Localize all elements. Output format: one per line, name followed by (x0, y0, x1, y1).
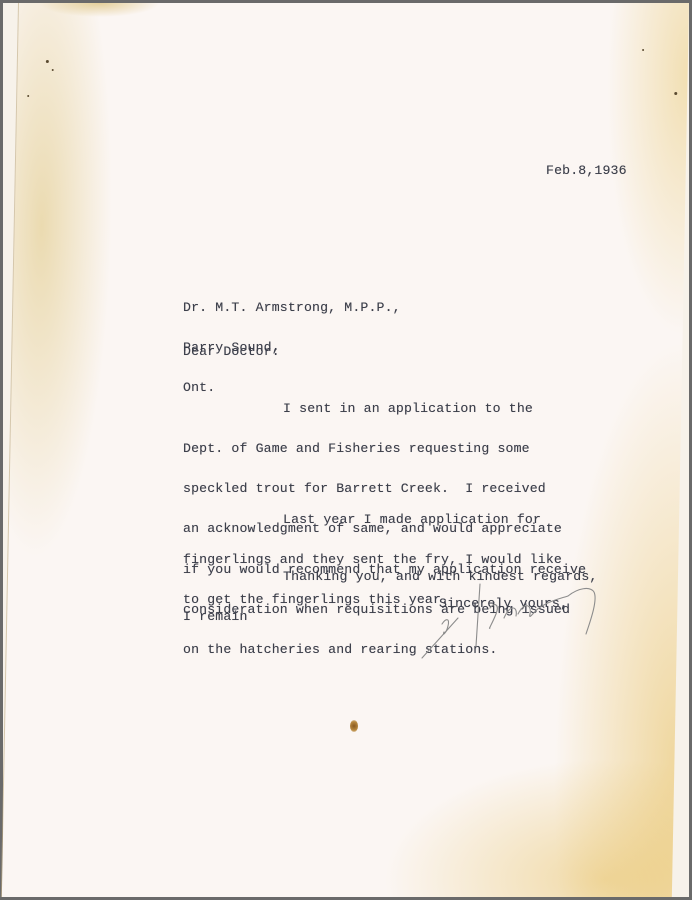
letter-date: Feb.8,1936 (546, 164, 627, 177)
recipient-name: Dr. M.T. Armstrong, M.P.P., (183, 301, 401, 314)
body-line: Dept. of Game and Fisheries requesting s… (183, 442, 586, 455)
paper-speck (674, 92, 677, 95)
signature-icon (418, 578, 618, 668)
body-line: I sent in an application to the (283, 401, 533, 416)
salutation: Dear Doctor: (183, 345, 280, 358)
ink-stain (350, 720, 358, 732)
paper-speck (27, 95, 29, 97)
paper-speck (52, 69, 54, 71)
body-line: Last year I made application for (283, 512, 541, 527)
paper-speck (46, 60, 49, 63)
paper-speck (642, 49, 644, 51)
